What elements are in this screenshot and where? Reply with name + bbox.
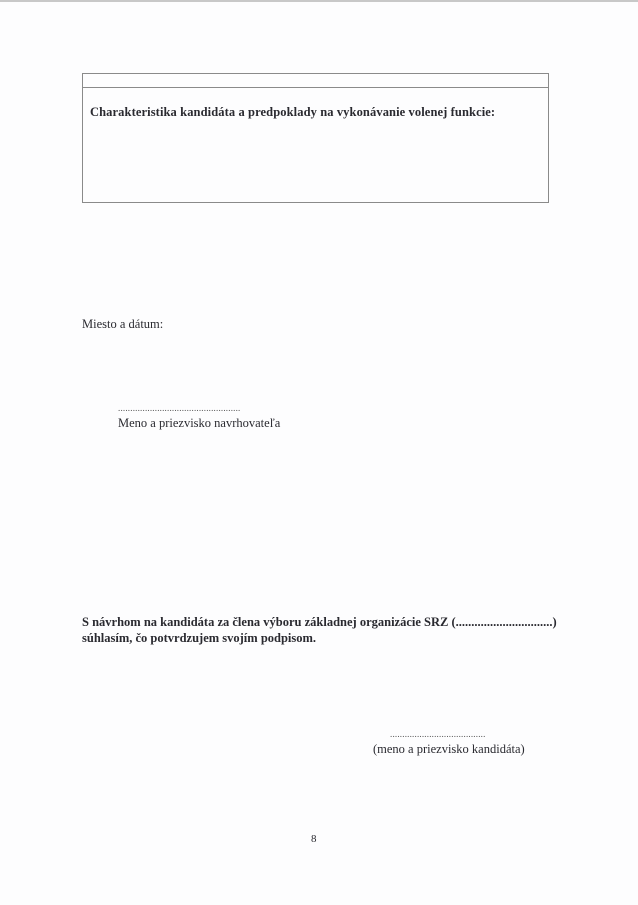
candidate-characteristics-label: Charakteristika kandidáta a predpoklady … <box>90 105 495 120</box>
proposer-signature-line: ........................................… <box>118 403 241 413</box>
candidate-signature-line: ....................................... <box>390 729 486 739</box>
place-and-date-label: Miesto a dátum: <box>82 317 163 332</box>
box-header-row <box>83 74 548 88</box>
consent-line-2: súhlasím, čo potvrdzujem svojím podpisom… <box>82 630 562 646</box>
candidate-characteristics-box[interactable]: Charakteristika kandidáta a predpoklady … <box>82 73 549 203</box>
candidate-name-label: (meno a priezvisko kandidáta) <box>373 742 525 757</box>
page-top-edge <box>0 0 638 2</box>
page-number: 8 <box>311 833 317 845</box>
consent-line-1: S návrhom na kandidáta za člena výboru z… <box>82 614 562 630</box>
proposer-name-label: Meno a priezvisko navrhovateľa <box>118 416 280 431</box>
consent-statement: S návrhom na kandidáta za člena výboru z… <box>82 614 562 646</box>
